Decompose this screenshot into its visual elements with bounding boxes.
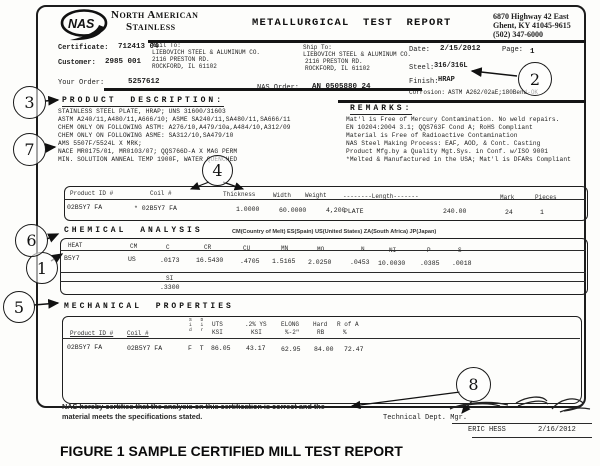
mech-row-uts: 86.05 — [211, 345, 231, 352]
chem-row-cm: US — [128, 256, 136, 263]
date-label: Date: — [409, 46, 430, 54]
mech-row-ys: 43.17 — [246, 345, 266, 352]
mech-row-product-id: 02B5Y7 FA — [67, 344, 102, 351]
mech-row-hard: 84.00 — [314, 346, 334, 353]
remarks-rule — [338, 100, 586, 103]
chem-row-mo: 2.0250 — [308, 259, 331, 266]
mech-header-ys-2: KSI — [251, 329, 262, 336]
product-table-header-line — [64, 199, 586, 200]
annotation-circle-4: 4 — [202, 155, 233, 186]
mech-header-elong-2: %-2" — [285, 329, 299, 336]
chem-row-p: .0385 — [420, 260, 440, 267]
mail-to-address-3: ROCKFORD, IL 61102 — [152, 63, 217, 70]
product-row-mark: 24 — [505, 209, 513, 216]
product-description-line: AMS 5507F/5524L X MRK; — [58, 140, 142, 147]
remarks-line: Material is Free of Radioactive Contamin… — [346, 132, 518, 139]
annotation-circle-3: 3 — [13, 86, 46, 119]
product-description-line: NACE MR0175/01, MR0103/07; QQS766D-A X M… — [58, 148, 237, 155]
chem-row-cu: .4705 — [240, 258, 260, 265]
steel-label: Steel: — [409, 64, 434, 72]
chemical-analysis-title: CHEMICAL ANALYSIS — [64, 226, 203, 235]
mech-row-side-dir: F T — [188, 345, 206, 352]
tech-mgr-label: Technical Dept. Mgr. — [383, 414, 467, 422]
product-table-header-weight: Weight — [305, 192, 327, 199]
mech-header-elong-1: ELONG — [281, 321, 299, 328]
product-description-line: STAINLESS STEEL PLATE, HRAP; UNS 31600/3… — [58, 108, 226, 115]
mech-header-coil: Coil # — [127, 330, 149, 337]
product-row-pieces: 1 — [540, 209, 544, 216]
chem-row-si: .3300 — [160, 284, 180, 291]
chem-header-line — [60, 250, 586, 251]
corrosion-label: Corrosion: — [409, 89, 445, 96]
annotation-circle-6: 6 — [15, 224, 48, 257]
page-label: Page: — [502, 46, 523, 54]
company-name-line2: Stainless — [126, 21, 176, 33]
signer-name: ERIC HESS — [468, 426, 506, 434]
steel-value: 316/316L — [434, 62, 468, 70]
remarks-line: Product Mfg.by a Quality Mgt.Sys. in Con… — [346, 148, 548, 155]
mech-header-hard-1: Hard — [313, 321, 327, 328]
mail-to-address-2: 2116 PRESTON RD. — [152, 56, 210, 63]
nas-order-label: NAS Order: — [257, 84, 299, 92]
chem-row-heat: B5Y7 — [64, 255, 80, 262]
company-name-line1: North American — [111, 9, 198, 21]
annotation-circle-8: 8 — [456, 367, 491, 402]
remarks-line: NAS Steel Making Process: EAF, AOD, & Co… — [346, 140, 540, 147]
customer-value: 2985 001 — [105, 58, 141, 67]
product-description-line: ASTM A240/11,A480/11,A666/10; ASME SA240… — [58, 116, 291, 123]
mech-row-coil: 02B5Y7 FA — [127, 345, 162, 352]
finish-value: HRAP — [438, 76, 455, 84]
product-row-form: PLATE — [344, 208, 364, 215]
mech-header-roa-1: R of A — [337, 321, 359, 328]
mech-header-line — [62, 338, 580, 339]
chem-row-s: .0018 — [452, 260, 472, 267]
finish-label: Finish: — [409, 78, 438, 86]
signature-date: 2/16/2012 — [538, 426, 576, 434]
product-row-weight: 4,200 — [326, 207, 346, 214]
chem-row-c: .0173 — [160, 257, 180, 264]
ship-to-address-2: 2116 PRESTON RD. — [305, 58, 363, 65]
product-table-header-coil: Coil # — [150, 190, 172, 197]
chem-row-n: .0453 — [350, 259, 370, 266]
chem-header-cm: CM — [130, 243, 137, 250]
mech-header-ys-1: .2% YS — [245, 321, 267, 328]
ship-to-address-1: LIEBOVICH STEEL & ALUMINUM CO. — [303, 51, 411, 58]
mech-header-roa-2: % — [343, 329, 347, 336]
mech-row-elong: 62.95 — [281, 346, 301, 353]
product-row-thickness: 1.0000 — [236, 206, 259, 213]
header-rule — [148, 40, 586, 43]
company-address-line3: (502) 347-6000 — [493, 30, 543, 40]
mech-header-hard-2: RB — [317, 329, 324, 336]
chemical-legend: CM(Country of Melt) ES(Spain) US(United … — [232, 229, 436, 235]
mechanical-properties-title: MECHANICAL PROPERTIES — [64, 302, 234, 311]
chem-section-line — [60, 272, 586, 273]
product-description-line: CHEM ONLY ON FOLLOWING ASTM: A276/10,A47… — [58, 124, 291, 131]
product-row-coil: * 02B5Y7 FA — [134, 205, 177, 212]
customer-label: Customer: — [58, 59, 96, 67]
mail-to-label: Mail To: — [152, 42, 181, 49]
remarks-line: *Melted & Manufactured in the USA; Mat'l… — [346, 156, 571, 163]
mech-header-product-id: Product ID # — [70, 330, 113, 337]
product-table-header-thickness: Thickness — [223, 191, 255, 198]
mech-header-uts-1: UTS — [212, 321, 223, 328]
mail-to-address-1: LIEBOVICH STEEL & ALUMINUM CO. — [152, 49, 260, 56]
date-value: 2/15/2012 — [440, 45, 481, 54]
nas-order-value: AN 0505880 24 — [312, 83, 371, 92]
chem-header-heat: HEAT — [68, 242, 82, 249]
remarks-line: EN 10204:2004 3.1; QQS763F Cond A; RoHS … — [346, 124, 533, 131]
product-row-length: 240.00 — [443, 208, 466, 215]
chem-row-cr: 16.5430 — [196, 257, 223, 264]
mech-header-side-dir: S D i i d r — [189, 318, 206, 334]
figure-caption: FIGURE 1 SAMPLE CERTIFIED MILL TEST REPO… — [60, 443, 403, 459]
product-row-width: 60.0000 — [279, 207, 306, 214]
certificate-label: Certificate: — [58, 44, 108, 52]
certification-statement-line1: NAS hereby certifies that the analysis o… — [62, 402, 325, 411]
signature-underline — [472, 437, 592, 438]
signature-line — [452, 423, 592, 424]
product-description-title: PRODUCT DESCRIPTION: — [62, 96, 224, 107]
report-title: METALLURGICAL TEST REPORT — [252, 17, 452, 29]
ship-to-address-3: ROCKFORD, IL 61102 — [305, 65, 370, 72]
product-table-header-product-id: Product ID # — [70, 190, 113, 197]
product-row-product-id: 02B5Y7 FA — [67, 204, 102, 211]
annotation-circle-7: 7 — [13, 133, 46, 166]
chem-row-mn: 1.5165 — [272, 258, 295, 265]
chem-si-line — [60, 281, 586, 282]
annotation-circle-2: 2 — [518, 62, 552, 96]
ship-to-label: Ship To: — [303, 44, 332, 51]
page-value: 1 — [530, 48, 535, 57]
mech-row-roa: 72.47 — [344, 346, 364, 353]
your-order-label: Your Order: — [58, 79, 104, 87]
product-description-line: CHEM ONLY ON FOLLOWING ASME: SA312/10,SA… — [58, 132, 233, 139]
product-table-header-width: Width — [273, 192, 291, 199]
mech-header-uts-2: KSI — [212, 329, 223, 336]
remarks-line: Mat'l is Free of Mercury Contamination. … — [346, 116, 560, 123]
your-order-value: 5257612 — [128, 78, 160, 87]
remarks-title: REMARKS: — [350, 104, 412, 115]
chem-row-ni: 10.0030 — [378, 260, 405, 267]
certification-statement-line2: material meets the specifications stated… — [62, 412, 202, 421]
annotation-circle-5: 5 — [3, 291, 35, 323]
